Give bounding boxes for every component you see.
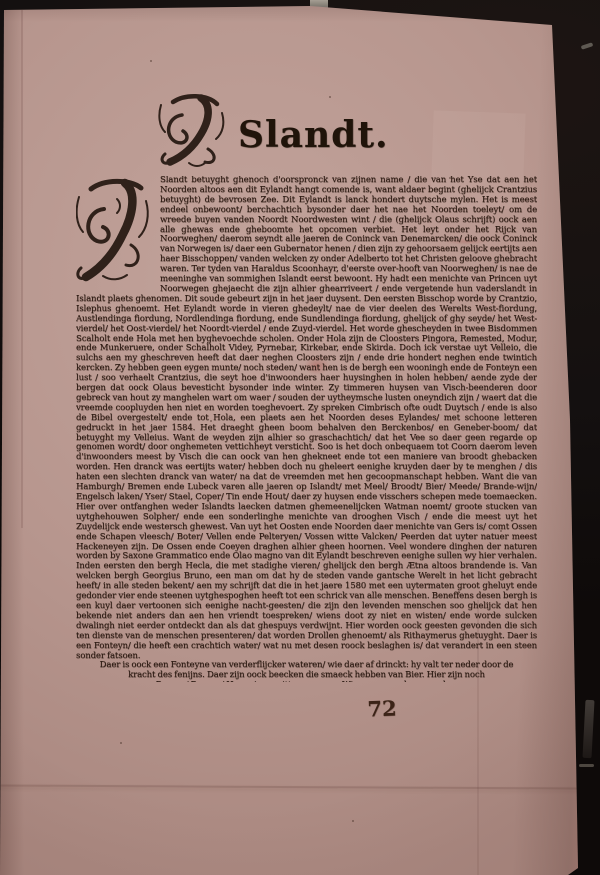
background-streak [579,764,594,767]
paper-crease [21,8,23,528]
page-title: Slandt. [156,92,389,170]
dropcap-ornate-initial-icon [76,177,154,283]
title-ornate-initial-icon [156,92,228,170]
background-streak [581,42,594,50]
body-text-block: Slandt betuyght ghenoch d'oorspronck van… [76,176,537,682]
background-streak [582,700,594,758]
tail-line: Beyren/ Ravens/ Hasen/ van witter verruw… [76,681,537,682]
ink-speck [352,820,354,822]
ink-speck [120,742,122,744]
page-number: 72 [360,695,405,722]
ink-speck [150,60,152,62]
title-word: Slandt. [238,114,389,156]
book-page: Slandt. Slandt betuyght ghenoch d'oorspr… [0,0,600,875]
paper-fold-line [0,784,578,789]
book-photo-frame: Slandt. Slandt betuyght ghenoch d'oorspr… [0,0,600,875]
